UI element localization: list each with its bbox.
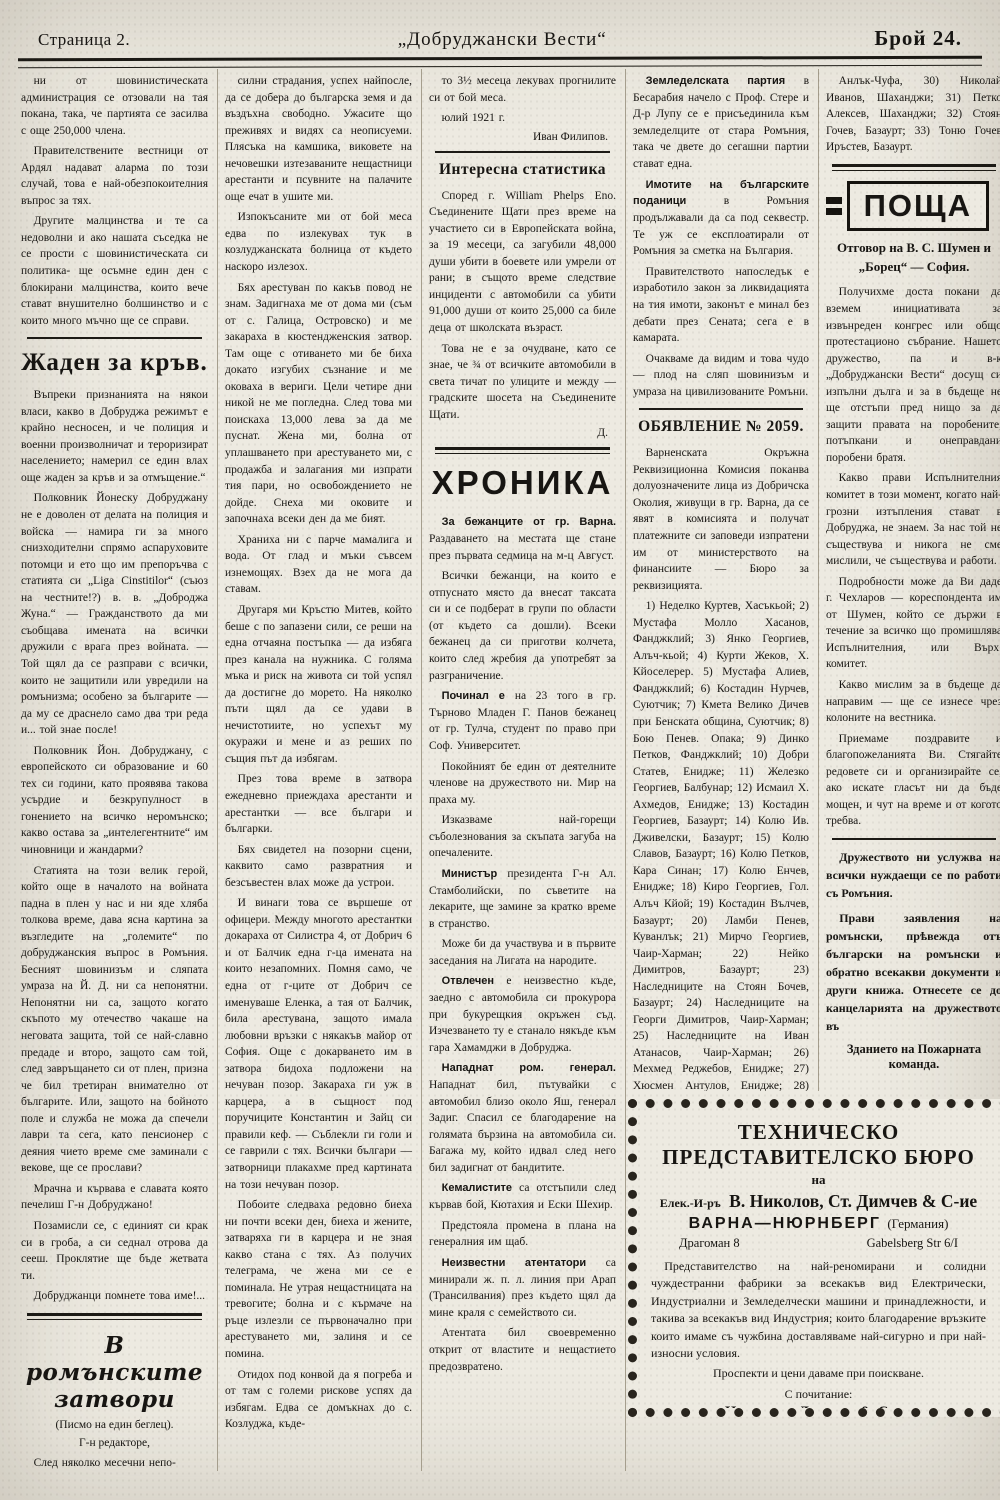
section-heading: Жаден за кръв. [21, 349, 208, 377]
paragraph: силни страдания, успех найпосле, да се д… [225, 73, 412, 205]
byline: Д. [429, 427, 608, 439]
right-columns-wrap: Земледелската партия в Бесарабия начело … [626, 69, 1000, 1467]
paragraph: Правителството напоследък е изработило з… [633, 264, 809, 347]
section-heading: Интересна статистика [429, 161, 616, 179]
paragraph: Добруджанци помнете това име!... [21, 1288, 208, 1305]
paragraph: Покойният бе един от деятелните членове … [429, 759, 616, 809]
section-heading: ОБЯВЛЕНИЕ № 2059. [633, 418, 809, 436]
chronicle-heading: ХРОНИКА [429, 464, 616, 502]
paragraph: Подробности може да Ви даде г. Чехларов … [826, 574, 1000, 673]
paragraph: Получихме доста покани да вземем инициат… [826, 284, 1000, 466]
ad-title: ТЕХНИЧЕСКО ПРЕДСТАВИТЕЛСКО БЮРО [651, 1120, 986, 1170]
paragraph: След няколко месечни непо- [21, 1455, 208, 1471]
paragraph: Според г. William Phelps Eno. Съединенит… [429, 188, 616, 337]
paragraph: Статията на този велик герой, който още … [21, 863, 208, 1177]
news-item-lead: Неизвестни атентатори [442, 1257, 606, 1269]
news-item: Починал е на 23 того в гр. Търново Младе… [429, 688, 616, 754]
news-item: За бежанците от гр. Варна. Раздаването н… [429, 514, 616, 564]
masthead: Страница 2. „Добруджански Вести“ Брой 24… [0, 0, 1000, 55]
column-1: ни от шовинистическата администрация се … [14, 69, 218, 1471]
paragraph: Атентата бил своевременно открит от влас… [429, 1325, 616, 1375]
news-item: Отвлечен е неизвестно къде, заедно с авт… [429, 973, 616, 1056]
page-body: ни от шовинистическата администрация се … [0, 67, 1000, 1467]
page-number-label: Страница 2. [38, 30, 130, 50]
ad-engineer-prefix: Елек.-И-ръ [660, 1196, 721, 1210]
gothic-heading: В ромънските затвори [21, 1332, 208, 1413]
news-item-lead: Имотите на българските поданици [633, 179, 809, 208]
paragraph: Правителствените вестници от Ардял надав… [21, 143, 208, 209]
news-item: Неизвестни атентатори са минирали ж. п. … [429, 1255, 616, 1321]
news-item-lead: Нападнат ром. генерал. [442, 1062, 616, 1074]
center-line: Г-н редакторе, [21, 1437, 208, 1449]
paragraph: Може би да участвува и в първите заседан… [429, 936, 616, 969]
ad-salutation: С почитание: [651, 1387, 986, 1402]
paragraph: Побоите следваха редовно биеха ни почти … [225, 1197, 412, 1362]
notice-line: Зданието на Пожарната команда. [826, 1042, 1000, 1072]
ad-address-varna: Драгоман 8 [679, 1236, 740, 1251]
section-divider [27, 1313, 202, 1320]
ad-names-text: В. Николов, Ст. Димчев & С-ие [729, 1191, 977, 1211]
section-divider [832, 838, 996, 840]
paragraph: Варненската Окръжна Реквизиционна Комиси… [633, 445, 809, 594]
news-item-lead: Починал е [442, 690, 515, 702]
paragraph: то 3½ месеца лекувах прогнилите си от бо… [429, 73, 616, 106]
column-3: то 3½ месеца лекувах прогнилите си от бо… [422, 69, 626, 1471]
ad-cities-line: ВАРНА—НЮРНБЕРГ (Германия) [651, 1215, 986, 1233]
news-item-lead: Министър [442, 868, 508, 880]
news-item: Земледелската партия в Бесарабия начело … [633, 73, 809, 173]
paragraph: Въпреки признанията на някои власи, какв… [21, 387, 208, 486]
paragraph: Очакваме да видим и това чудо — плод на … [633, 351, 809, 401]
news-item: Имотите на българските поданици в Ромъни… [633, 177, 809, 260]
news-item: Министър президента Г-н Ал. Стамболийски… [429, 866, 616, 932]
center-line: (Писмо на един беглец). [21, 1419, 208, 1431]
paragraph: И винаги това се вършеше от офицери. Меж… [225, 895, 412, 1193]
paragraph: Другаря ми Кръстю Митев, който беше с по… [225, 602, 412, 767]
column-4: Земледелската партия в Бесарабия начело … [626, 69, 819, 1091]
ad-signature: Николов, Димчев & С-ие [651, 1404, 986, 1417]
ad-body-text: Представителство на най-реномирани и сол… [651, 1258, 986, 1362]
ad-prospects-line: Проспекти и цени даваме при поискване. [651, 1366, 986, 1381]
notice-paragraph: Прави заявления на ромънски, прѣвежда от… [826, 909, 1000, 1035]
paragraph: Бях свидетел на позорни сцени, каквито с… [225, 842, 412, 892]
paragraph: Отидох под конвой да я погреба и от там … [225, 1367, 412, 1433]
news-item-lead: Отвлечен [442, 975, 507, 987]
right-columns: Земледелската партия в Бесарабия начело … [626, 69, 1000, 1091]
section-divider [435, 151, 610, 153]
paragraph: Предстояла промена в плана на генералния… [429, 1218, 616, 1251]
ad-address-nurnberg: Gabelsberg Str 6/I [867, 1236, 958, 1251]
paragraph: Това не е за очудване, като се знае, че … [429, 341, 616, 424]
paragraph: Полковник Йонеску Добруджану не е доволе… [21, 490, 208, 738]
paragraph: Какво мислим за в бъдеще да направим — щ… [826, 677, 1000, 727]
issue-number-label: Брой 24. [874, 26, 962, 51]
paragraph: Полковник Йон. Добруджану, с европейскот… [21, 743, 208, 859]
newspaper-title: „Добруджански Вести“ [398, 29, 607, 51]
posta-title: ПОЩА [847, 181, 989, 231]
posta-left-bars-icon [826, 197, 842, 215]
paragraph: юлий 1921 г. [429, 110, 616, 127]
newspaper-page: Страница 2. „Добруджански Вести“ Брой 24… [0, 0, 1000, 1500]
news-item-lead: Земледелската партия [646, 75, 804, 87]
ad-cities-text: ВАРНА—НЮРНБЕРГ [689, 1215, 881, 1232]
paragraph: Мрачна и кървава е славата която печелиш… [21, 1181, 208, 1214]
paragraph: Анлък-Чуфа, 30) Николай Иванов, Шаханджи… [826, 73, 1000, 156]
paragraph: Бях арестуван по какъв повод не знам. За… [225, 280, 412, 528]
ad-connector: на [651, 1172, 986, 1188]
news-item: Нападнат ром. генерал. Нападнат бил, път… [429, 1060, 616, 1176]
posta-header: ПОЩА [826, 181, 1000, 231]
column-2: силни страдания, успех найпосле, да се д… [218, 69, 422, 1471]
paragraph: Приемаме поздравите и благопожеланията В… [826, 731, 1000, 830]
paragraph: Позамисли се, с единият си крак си в гро… [21, 1218, 208, 1284]
ad-country: (Германия) [887, 1216, 948, 1231]
section-divider [27, 337, 202, 339]
paragraph: Храниха ни с парче мамалига и вода. От г… [225, 532, 412, 598]
news-item: Кемалистите са отстъпили след кървав бой… [429, 1180, 616, 1213]
byline: Иван Филипов. [429, 131, 608, 143]
news-item-lead: За бежанците от гр. Варна. [442, 516, 616, 528]
paragraph: 1) Неделко Куртев, Хасъкьой; 2) Мустафа … [633, 598, 809, 1091]
ad-company-names: Елек.-И-ръ В. Николов, Ст. Димчев & С-ие [651, 1191, 986, 1212]
paragraph: Всички бежанци, на които е отпуснато мяс… [429, 568, 616, 684]
paragraph: Другите малцинства и те са недоволни и а… [21, 213, 208, 329]
paragraph: Какво прави Испълнителния комитет в този… [826, 470, 1000, 569]
notice-paragraph: Дружеството ни услужва на всички нуждаещ… [826, 848, 1000, 902]
paragraph: ни от шовинистическата администрация се … [21, 73, 208, 139]
column-5: Анлък-Чуфа, 30) Николай Иванов, Шаханджи… [819, 69, 1000, 1091]
news-item-lead: Кемалистите [442, 1182, 519, 1194]
subsection-heading: Отговор на В. С. Шумен и „Борец“ — София… [830, 239, 998, 277]
section-divider [832, 164, 996, 171]
paragraph: Изказваме най-горещи съболезнования за с… [429, 812, 616, 862]
ad-addresses: Драгоман 8 Gabelsberg Str 6/I [651, 1236, 986, 1251]
section-divider [639, 408, 803, 410]
section-divider [435, 447, 610, 454]
paragraph: Изпокъсаните ми от бой меса едва по изле… [225, 209, 412, 275]
advertisement-box: ТЕХНИЧЕСКО ПРЕДСТАВИТЕЛСКО БЮРО на Елек.… [628, 1099, 1000, 1417]
paragraph: През това време в затвора ежедневно прие… [225, 771, 412, 837]
